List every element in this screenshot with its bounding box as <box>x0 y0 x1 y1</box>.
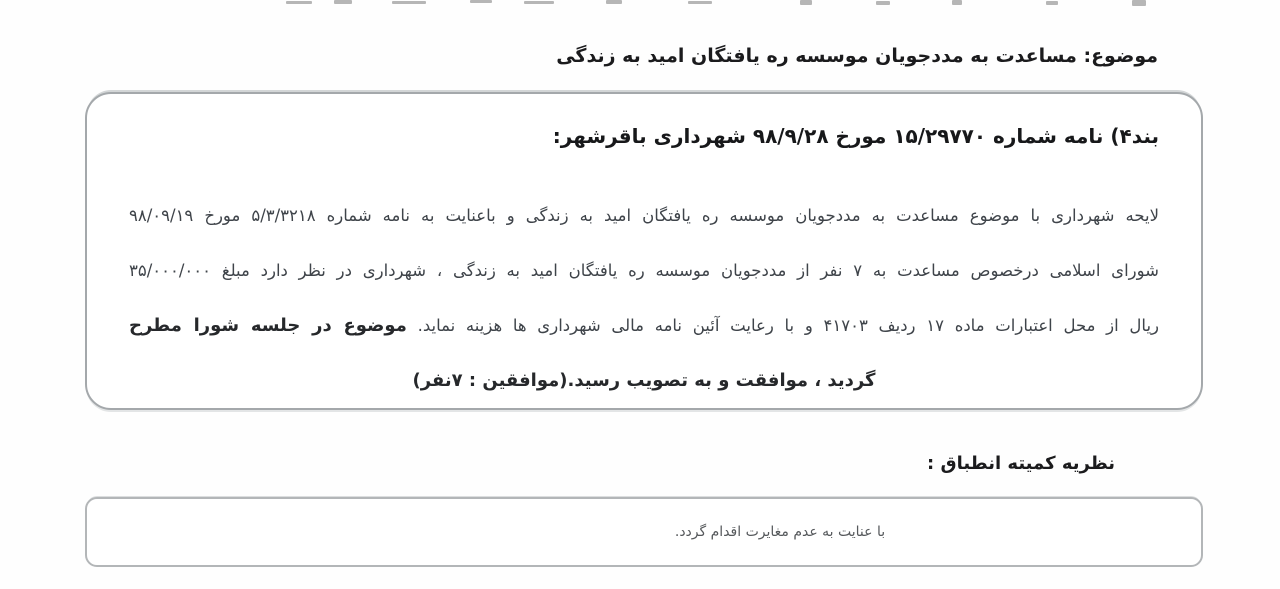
body-line-4: گردید ، موافقت و به تصویب رسید.(موافقین … <box>129 353 1159 408</box>
scanned-document-page: موضوع: مساعدت به مددجویان موسسه ره یافتگ… <box>0 0 1280 589</box>
subject-heading: موضوع: مساعدت به مددجویان موسسه ره یافتگ… <box>0 40 1280 72</box>
text-fragment <box>952 0 962 5</box>
body-line-3-bold: موضوع در جلسه شورا مطرح <box>129 315 407 336</box>
compliance-committee-heading: نظریه کمیته انطباق : <box>0 448 1280 480</box>
text-fragment <box>392 1 426 4</box>
text-fragment <box>1046 1 1058 5</box>
text-fragment <box>688 1 712 4</box>
body-line-3: ریال از محل اعتبارات ماده ۱۷ ردیف ۴۱۷۰۳ … <box>129 298 1159 353</box>
text-fragment <box>876 1 890 5</box>
text-fragment <box>286 1 312 4</box>
body-line-3-regular: ریال از محل اعتبارات ماده ۱۷ ردیف ۴۱۷۰۳ … <box>407 316 1159 335</box>
text-fragment <box>800 0 812 5</box>
text-fragment <box>470 0 492 3</box>
body-line-1: لایحه شهرداری با موضوع مساعدت به مددجویا… <box>129 188 1159 243</box>
clause-heading: بند۴) نامه شماره ۱۵/۲۹۷۷۰ مورخ ۹۸/۹/۲۸ ش… <box>129 118 1159 154</box>
text-fragment <box>334 0 352 4</box>
compliance-opinion-text: با عنایت به عدم مغایرت اقدام گردد. <box>675 524 885 540</box>
compliance-opinion-box: با عنایت به عدم مغایرت اقدام گردد. <box>85 497 1203 567</box>
cropped-text-remnant <box>0 0 1280 8</box>
body-line-2: شورای اسلامی درخصوص مساعدت به ۷ نفر از م… <box>129 243 1159 298</box>
text-fragment <box>606 0 622 4</box>
clause-box: بند۴) نامه شماره ۱۵/۲۹۷۷۰ مورخ ۹۸/۹/۲۸ ش… <box>85 92 1203 410</box>
clause-body: لایحه شهرداری با موضوع مساعدت به مددجویا… <box>129 188 1159 408</box>
text-fragment <box>1132 0 1146 6</box>
text-fragment <box>524 1 554 4</box>
